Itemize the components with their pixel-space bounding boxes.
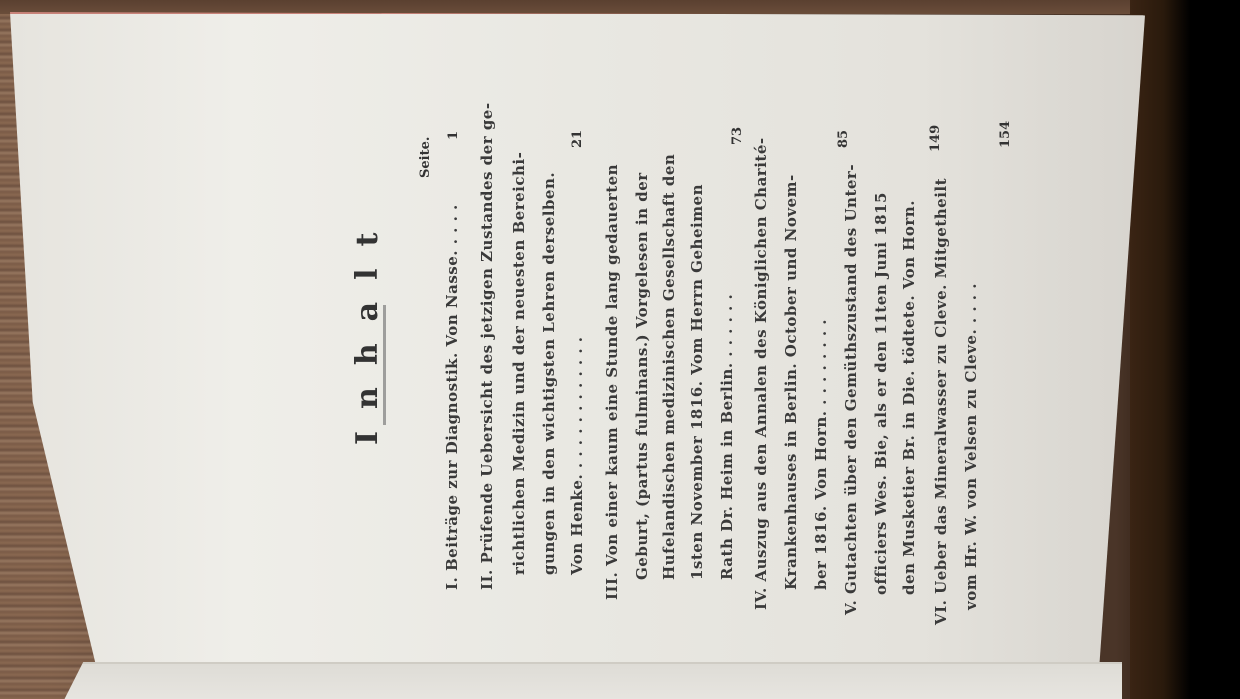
toc-entry-2-line-2: richtlichen Medizin und der neuesten Ber… bbox=[510, 152, 528, 575]
entry-page-number: 21 bbox=[570, 130, 585, 148]
toc-entry-4-line-2: Krankenhauses in Berlin. October und Nov… bbox=[782, 174, 800, 590]
entry-page-number: 85 bbox=[836, 130, 851, 148]
entry-numeral: VI. bbox=[932, 600, 950, 625]
entry-numeral: IV. bbox=[752, 587, 770, 610]
toc-entry-3-line-2: Geburt, (partus fulminans.) Vorgelesen i… bbox=[633, 172, 651, 580]
title-rule bbox=[383, 305, 386, 425]
entry-numeral: II. bbox=[478, 569, 496, 590]
entry-numeral: III. bbox=[603, 572, 621, 600]
entry-text: Ueber das Mineralwasser zu Cleve. Mitget… bbox=[932, 178, 950, 594]
toc-entry-2-line-3: gungen in den wichtigsten Lehren derselb… bbox=[540, 172, 558, 575]
facing-page-edge bbox=[62, 662, 1122, 699]
entry-text: Beiträge zur Diagnostik. Von Nasse. . . … bbox=[443, 204, 461, 571]
entry-text: Auszug aus den Annalen des Königlichen C… bbox=[752, 137, 770, 581]
entry-text: Von einer kaum eine Stunde lang gedauert… bbox=[603, 164, 621, 566]
entry-numeral: V. bbox=[842, 600, 860, 615]
entry-text: Prüfende Uebersicht des jetzigen Zustand… bbox=[478, 102, 496, 563]
entry-page-number: 73 bbox=[730, 127, 745, 145]
toc-entry-5: V. Gutachten über den Gemüthszustand des… bbox=[842, 164, 860, 615]
toc-entry-3-line-5: Rath Dr. Heim in Berlin. . . . . . . bbox=[718, 294, 736, 580]
toc-entry-1: I. Beiträge zur Diagnostik. Von Nasse. .… bbox=[443, 204, 461, 590]
toc-entry-3-line-4: 1sten November 1816. Vom Herrn Geheimen bbox=[688, 184, 706, 580]
entry-page-number: 154 bbox=[998, 121, 1013, 148]
toc-entry-5-line-3: den Musketier Br. in Die. tödtete. Von H… bbox=[900, 200, 918, 595]
entry-page-number: 1 bbox=[446, 131, 461, 140]
entry-numeral: I. bbox=[443, 577, 461, 590]
toc-entry-3: III. Von einer kaum eine Stunde lang ged… bbox=[603, 164, 621, 600]
toc-entry-5-line-2: officiers Wes. Bie, als er den 11ten Jun… bbox=[872, 192, 890, 595]
dark-background-right bbox=[1130, 0, 1240, 699]
entry-text: Gutachten über den Gemüthszustand des Un… bbox=[842, 164, 860, 594]
toc-entry-3-line-3: Hufelandischen medizinischen Gesellschaf… bbox=[660, 154, 678, 580]
toc-entry-4-line-3: ber 1816. Von Horn. . . . . . . . . bbox=[812, 319, 830, 590]
toc-entry-6-line-2: vom Hr. W. von Velsen zu Cleve. . . . . bbox=[962, 283, 980, 610]
toc-entry-4: IV. Auszug aus den Annalen des Königlich… bbox=[752, 137, 770, 610]
page-title: Inhalt bbox=[350, 211, 385, 445]
wooden-table-top bbox=[0, 0, 1180, 14]
toc-entry-2: II. Prüfende Uebersicht des jetzigen Zus… bbox=[478, 102, 496, 590]
entry-page-number: 149 bbox=[928, 125, 943, 152]
toc-entry-6: VI. Ueber das Mineralwasser zu Cleve. Mi… bbox=[932, 178, 950, 625]
toc-entry-2-line-4: Von Henke. . . . . . . . . . . . . bbox=[568, 336, 586, 575]
page-column-label: Seite. bbox=[418, 137, 433, 178]
